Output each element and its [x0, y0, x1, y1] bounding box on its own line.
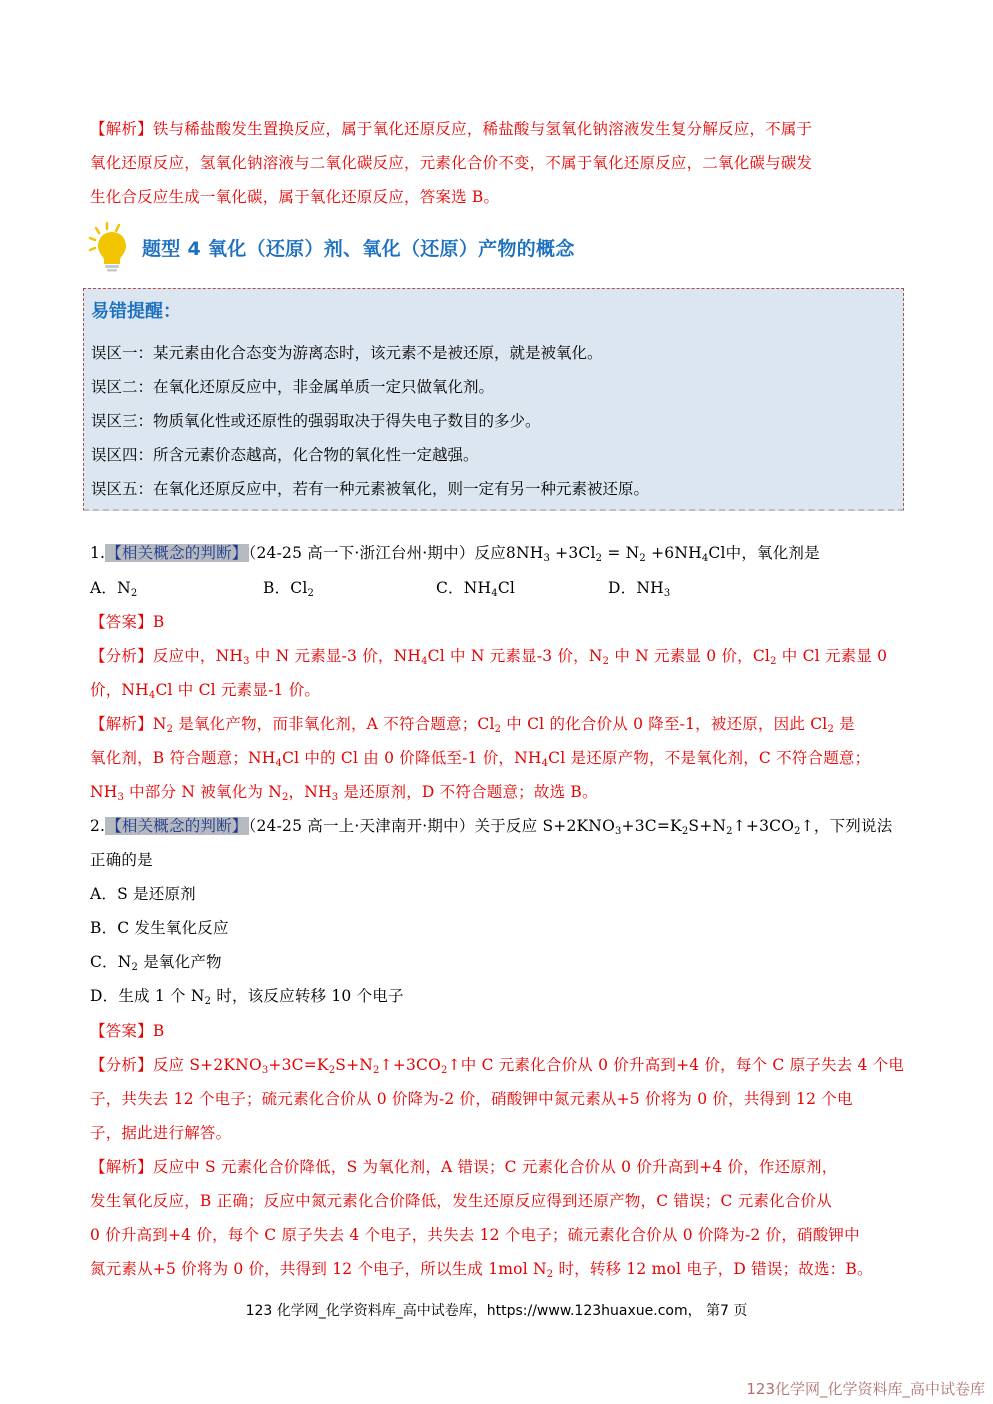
question-source: （24-25 高一下·浙江台州·期中）: [249, 544, 475, 562]
section-heading: 题型 4 氧化（还原）剂、氧化（还原）产物的概念: [88, 222, 908, 272]
question-2-explanation-line-4: 氮元素从+5 价将为 0 价，共得到 12 个电子，所以生成 1mol N2 时…: [90, 1258, 873, 1280]
mistake-item-5: 误区五：在氧化还原反应中，若有一种元素被氧化，则一定有另一种元素被还原。: [91, 477, 649, 499]
option-a: A．N2: [90, 577, 137, 599]
explanation-tag: 【解析】: [90, 120, 153, 138]
question-2-stem-line-2: 正确的是: [90, 849, 153, 871]
page-footer: 123 化学网_化学资料库_高中试卷库，https://www.123huaxu…: [0, 1300, 993, 1320]
prev-explanation-line-1: 【解析】铁与稀盐酸发生置换反应，属于氧化还原反应，稀盐酸与氢氧化钠溶液发生复分解…: [90, 118, 812, 140]
document-page: 【解析】铁与稀盐酸发生置换反应，属于氧化还原反应，稀盐酸与氢氧化钠溶液发生复分解…: [0, 0, 993, 1404]
prev-explanation-line-3: 生化合反应生成一氧化碳，属于氧化还原反应，答案选 B。: [90, 186, 499, 208]
question-2-explanation-line-1: 【解析】反应中 S 元素化合价降低，S 为氧化剂，A 错误；C 元素化合价从 0…: [90, 1156, 837, 1178]
question-2-analysis-line-3: 子，据此进行解答。: [90, 1122, 231, 1144]
question-2-stem-line-1: 2.【相关概念的判断】（24-25 高一上·天津南开·期中）关于反应 S+2KN…: [90, 815, 892, 837]
question-category-highlight: 【相关概念的判断】: [105, 544, 248, 562]
mistake-item-1: 误区一：某元素由化合态变为游离态时，该元素不是被还原，就是被氧化。: [91, 341, 603, 363]
question-1-explanation-line-3: NH3 中部分 N 被氧化为 N2，NH3 是还原剂，D 不符合题意；故选 B。: [90, 781, 598, 803]
section-title: 题型 4 氧化（还原）剂、氧化（还原）产物的概念: [142, 234, 575, 261]
option-b: B．C 发生氧化反应: [90, 917, 229, 939]
option-c: C．N2 是氧化产物: [90, 951, 222, 973]
option-d: D．NH3: [608, 577, 670, 599]
mistake-item-2: 误区二：在氧化还原反应中，非金属单质一定只做氧化剂。: [91, 375, 494, 397]
question-1-stem: 1.【相关概念的判断】（24-25 高一下·浙江台州·期中）反应8NH3 +3C…: [90, 542, 820, 564]
question-1-options: A．N2 B．Cl2 C．NH4Cl D．NH3: [90, 577, 790, 599]
warning-title: 易错提醒：: [91, 297, 181, 323]
question-1-explanation-line-2: 氧化剂，B 符合题意；NH4Cl 中的 Cl 由 0 价降低至-1 价，NH4C…: [90, 747, 870, 769]
question-2-analysis-line-2: 子，共失去 12 个电子；硫元素化合价从 0 价降为-2 价，硝酸钾中氮元素从+…: [90, 1088, 853, 1110]
question-text: 关于反应 S+2KNO3+3C=K2S+N2↑+3CO2↑，下列说法: [475, 817, 893, 835]
option-b: B．Cl2: [263, 577, 314, 599]
question-category-highlight: 【相关概念的判断】: [105, 817, 248, 835]
question-number: 2.: [90, 817, 105, 835]
option-d: D．生成 1 个 N2 时，该反应转移 10 个电子: [90, 985, 404, 1007]
question-2-explanation-line-2: 发生氧化反应，B 正确；反应中氮元素化合价降低，发生还原反应得到还原产物，C 错…: [90, 1190, 832, 1212]
question-1-explanation-line-1: 【解析】N2 是氧化产物，而非氧化剂，A 不符合题意；Cl2 中 Cl 的化合价…: [90, 713, 855, 735]
mistake-item-4: 误区四：所含元素价态越高，化合物的氧化性一定越强。: [91, 443, 479, 465]
prev-explanation-line-2: 氧化还原反应，氢氧化钠溶液与二氧化碳反应，元素化合价不变，不属于氧化还原反应，二…: [90, 152, 812, 174]
question-2-answer: 【答案】B: [90, 1020, 164, 1042]
watermark: 123化学网_化学资料库_高中试卷库: [746, 1378, 985, 1399]
question-source: （24-25 高一上·天津南开·期中）: [249, 817, 475, 835]
question-2-analysis-line-1: 【分析】反应 S+2KNO3+3C=K2S+N2↑+3CO2↑中 C 元素化合价…: [90, 1054, 904, 1076]
question-number: 1.: [90, 544, 105, 562]
question-1-analysis-line-2: 价，NH4Cl 中 Cl 元素显-1 价。: [90, 679, 320, 701]
question-1-answer: 【答案】B: [90, 611, 164, 633]
mistake-item-3: 误区三：物质氧化性或还原性的强弱取决于得失电子数目的多少。: [91, 409, 541, 431]
question-text: 反应8NH3 +3Cl2 = N2 +6NH4Cl中，氧化剂是: [475, 544, 820, 562]
common-mistakes-box: 易错提醒： 误区一：某元素由化合态变为游离态时，该元素不是被还原，就是被氧化。 …: [83, 288, 904, 511]
option-c: C．NH4Cl: [436, 577, 515, 599]
lightbulb-icon: [88, 222, 132, 272]
question-2-explanation-line-3: 0 价升高到+4 价，每个 C 原子失去 4 个电子，共失去 12 个电子；硫元…: [90, 1224, 860, 1246]
option-a: A．S 是还原剂: [90, 883, 196, 905]
question-1-analysis-line-1: 【分析】反应中，NH3 中 N 元素显-3 价，NH4Cl 中 N 元素显-3 …: [90, 645, 887, 667]
